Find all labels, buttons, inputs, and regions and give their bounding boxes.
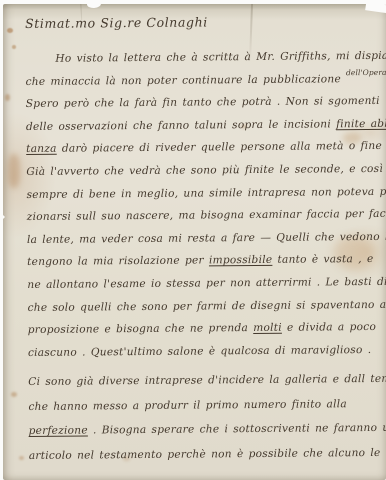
- letter-text-segment: finite abbas-: [336, 117, 386, 130]
- letter-line: ne allontano l'esame io stessa per non a…: [27, 275, 380, 301]
- letter-text-segment: Spero però che la farà fin tanto che pot…: [26, 95, 380, 110]
- letter-text-segment: proposizione e bisogna che ne prenda: [28, 322, 254, 336]
- letter-text-segment: perfezione: [29, 425, 88, 438]
- letter-text-segment: tanza: [26, 143, 57, 155]
- letter-line: ciascuno . Quest'ultimo salone è qualcos…: [28, 343, 381, 369]
- stain-spot: [12, 45, 16, 49]
- torn-notch: [87, 4, 102, 8]
- letter-line: che solo quelli che sono per farmi de di…: [27, 297, 380, 323]
- letter-text-segment: e divida a poco: [282, 321, 376, 334]
- letter-line: tanza darò piacere di riveder quelle per…: [26, 139, 379, 165]
- letter-text-segment: Già l'avverto che vedrà che sono più fin…: [26, 162, 386, 178]
- stain-spot: [8, 154, 20, 188]
- letter-text-segment: Ho visto la lettera che à scritta à Mr. …: [55, 50, 386, 65]
- letter-line: Già l'avverto che vedrà che sono più fin…: [26, 162, 379, 188]
- letter-line: proposizione e bisogna che ne prenda mol…: [28, 320, 381, 346]
- letter-text-segment: impossibile: [209, 254, 273, 267]
- letter-text-segment: ciascuno . Quest'ultimo salone è qualcos…: [28, 344, 371, 359]
- letter-line: perfezione . Bisogna sperare che i sotto…: [29, 421, 382, 449]
- letter-line: Ci sono già diverse intraprese d'incider…: [28, 372, 381, 400]
- letter-text-segment: molti: [253, 322, 282, 334]
- letter-text-segment: che solo quelli che sono per farmi de di…: [27, 298, 386, 313]
- letter-line: Ho visto la lettera che à scritta à Mr. …: [25, 49, 378, 75]
- letter-scan: Stimat.mo Sig.re Colnaghi Ho visto la le…: [0, 0, 386, 480]
- paper-sheet: Stimat.mo Sig.re Colnaghi Ho visto la le…: [3, 4, 386, 480]
- stain-spot: [11, 392, 17, 397]
- inserted-note: dell'Opera: [346, 67, 386, 76]
- letter-text-segment: . Bisogna sperare che i sottoscriventi n…: [88, 422, 386, 437]
- letter-text-segment: la lente, ma veder cosa mi resta a fare …: [27, 230, 386, 246]
- letter-text-segment: delle osservazioni che fanno taluni sopr…: [26, 118, 336, 133]
- stain-spot: [7, 28, 13, 33]
- letter-text-segment: sempre di bene in meglio, una simile int…: [27, 185, 386, 200]
- letter-line: Spero però che la farà fin tanto che pot…: [26, 94, 379, 120]
- letter-text-segment: zionarsi sull suo nascere, ma bisogna ex…: [27, 208, 386, 224]
- letter-line: delle osservazioni che fanno taluni sopr…: [26, 117, 379, 143]
- letter-text-segment: articolo nel testamento perchè non è pos…: [29, 447, 381, 462]
- letter-line: articolo nel testamento perchè non è pos…: [29, 446, 382, 474]
- letter-line: sempre di bene in meglio, una simile int…: [26, 184, 379, 210]
- letter-text-segment: ne allontano l'esame io stessa per non a…: [27, 276, 386, 291]
- stain-spot: [5, 94, 10, 101]
- letter-text-segment: tengono la mia risolazione per: [27, 255, 209, 269]
- letter-line: la lente, ma veder cosa mi resta a fare …: [27, 230, 380, 256]
- letter-text: Stimat.mo Sig.re Colnaghi Ho visto la le…: [25, 13, 382, 473]
- letter-line: che minaccia là non poter continuare la …: [26, 72, 379, 98]
- salutation-line: Stimat.mo Sig.re Colnaghi: [25, 13, 378, 38]
- stain-spot: [19, 456, 24, 460]
- torn-notch: [0, 208, 5, 226]
- letter-text-segment: tanto è vasta , e: [272, 253, 373, 266]
- letter-text-segment: Ci sono già diverse intraprese d'incider…: [28, 373, 386, 388]
- letter-line: tengono la mia risolazione per impossibi…: [27, 252, 380, 278]
- letter-text-segment: darò piacere di riveder quelle persone a…: [57, 140, 386, 155]
- letter-line: zionarsi sull suo nascere, ma bisogna ex…: [27, 207, 380, 233]
- letter-text-segment: che hanno messo a produrr il primo numer…: [28, 398, 347, 413]
- letter-lines: Ho visto la lettera che à scritta à Mr. …: [25, 49, 382, 473]
- letter-text-segment: che minaccia là non poter continuare la …: [26, 73, 347, 88]
- letter-line: che hanno messo a produrr il primo numer…: [28, 397, 381, 425]
